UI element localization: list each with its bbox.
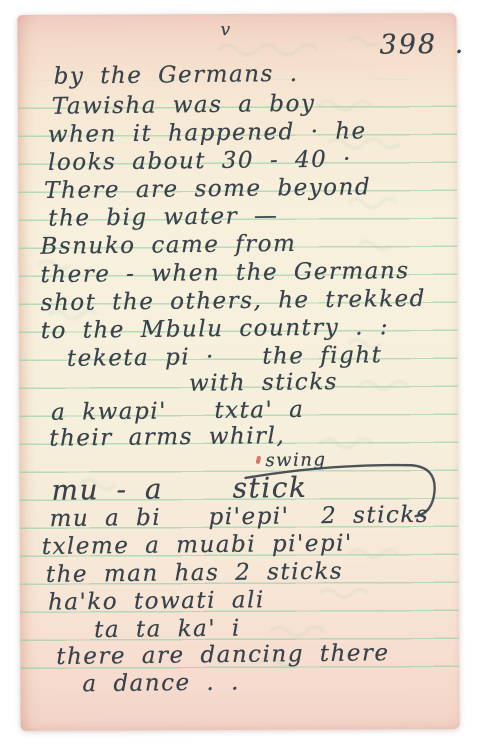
- handwritten-line: Tawisha was a boy: [52, 91, 316, 120]
- handwritten-line: mu - a stick: [51, 471, 307, 507]
- handwritten-line: ha'ko towati ali: [48, 587, 265, 615]
- notebook-page: v 398 . by the Germans . Tawisha was a b…: [17, 13, 459, 731]
- handwritten-line: teketa pi · the fight: [67, 342, 383, 372]
- handwritten-line: There are some beyond: [44, 174, 371, 204]
- handwritten-line: by the Germans .: [54, 61, 299, 90]
- handwritten-insertion-swing: swing: [265, 449, 326, 471]
- handwritten-line: their arms whirl,: [49, 423, 285, 452]
- handwritten-line: there are dancing there: [56, 640, 390, 670]
- handwritten-line: txleme a muabi pi'epi': [42, 530, 353, 560]
- handwritten-line: mu a bi pi'epi' 2 sticks: [49, 502, 429, 532]
- check-mark: v: [220, 20, 231, 40]
- page-number: 398 .: [379, 29, 465, 61]
- handwritten-line: there - when the Germans: [40, 258, 409, 288]
- handwritten-line: with sticks: [189, 369, 338, 397]
- handwritten-line: the man has 2 sticks: [46, 559, 344, 588]
- notebook-page-scan: v 398 . by the Germans . Tawisha was a b…: [0, 0, 485, 746]
- handwritten-line: shot the others, he trekked: [41, 286, 427, 316]
- red-mark: [255, 456, 261, 465]
- handwritten-line: the big water —: [48, 203, 278, 232]
- handwritten-line: a dance . .: [82, 669, 240, 697]
- handwritten-line: Bsnuko came from: [40, 231, 296, 260]
- handwritten-line: looks about 30 - 40 ·: [48, 146, 352, 175]
- handwritten-line: to the Mbulu country . :: [41, 314, 389, 344]
- handwritten-line: ta ta ka' i: [94, 615, 241, 643]
- handwritten-line: when it happened · he: [48, 118, 367, 148]
- handwritten-line: a kwapi' txta' a: [51, 397, 304, 426]
